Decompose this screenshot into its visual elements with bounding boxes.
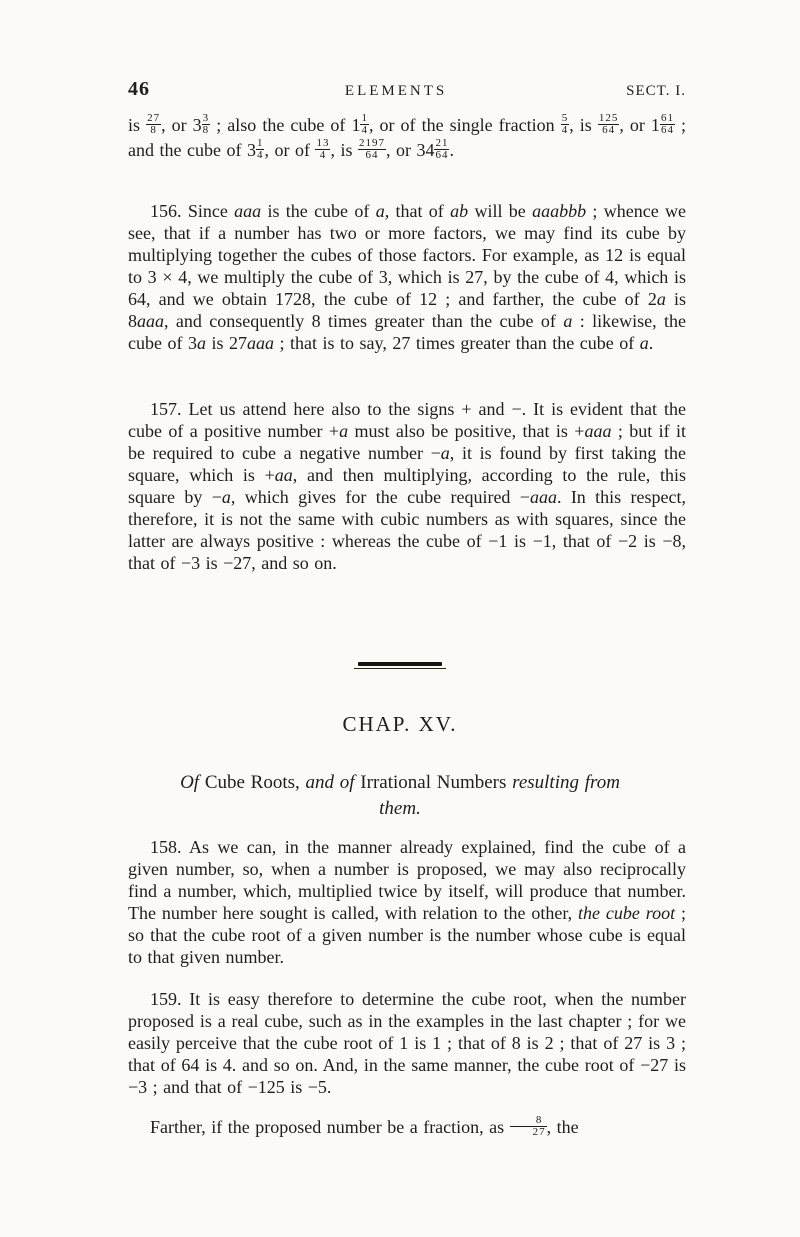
text-run: , that of [385, 201, 450, 221]
text-run: , or 1 [619, 115, 660, 135]
fraction: 38 [202, 113, 211, 137]
italic-text-run: aaabbb [532, 201, 586, 221]
text-run: is 27 [206, 333, 247, 353]
italic-text-run: a [376, 201, 385, 221]
section-divider [0, 662, 800, 669]
fraction: 827 [510, 1115, 547, 1139]
paragraph-160: Farther, if the proposed number be a fra… [128, 1116, 686, 1141]
page-header: 46 ELEMENTS SECT. I. [128, 78, 686, 101]
text-run: must also be positive, that is + [348, 421, 584, 441]
paragraph-159: 159. It is easy therefore to determine t… [128, 988, 686, 1098]
text-run: Farther, if the proposed number be a fra… [150, 1117, 510, 1137]
text-run: , and consequently 8 times greater than … [164, 311, 563, 331]
fraction: 2164 [434, 138, 449, 162]
italic-text-run: a [222, 487, 231, 507]
italic-text-run: resulting from [512, 772, 620, 793]
fraction: 134 [315, 138, 330, 162]
italic-text-run: a [640, 333, 649, 353]
text-run: Irrational Numbers [355, 772, 513, 793]
italic-text-run: a [657, 289, 666, 309]
fraction: 219764 [358, 138, 386, 162]
text-run: 159. It is easy therefore to determine t… [128, 989, 686, 1097]
fraction: 14 [256, 138, 265, 162]
italic-text-run: the cube root [578, 903, 675, 923]
text-run: . [449, 140, 454, 160]
section-label: SECT. I. [626, 83, 686, 100]
text-run: ; that is to say, 27 times greater than … [274, 333, 640, 353]
italic-text-run: ab [450, 201, 468, 221]
chapter-subtitle: Of Cube Roots, and of Irrational Numbers… [121, 770, 679, 822]
text-run: , the [547, 1117, 579, 1137]
text-run: , or of [264, 140, 315, 160]
fraction: 12564 [598, 113, 620, 137]
italic-text-run: and of [306, 772, 355, 793]
italic-text-run: a [339, 421, 348, 441]
text-run: , is [330, 140, 358, 160]
italic-text-run: them. [379, 798, 421, 819]
italic-text-run: a [197, 333, 206, 353]
fraction: 14 [360, 113, 369, 137]
book-page: 46 ELEMENTS SECT. I. is 278, or 338 ; al… [0, 0, 800, 1237]
text-run: will be [468, 201, 532, 221]
fraction: 54 [561, 113, 570, 137]
paragraph-155-continuation: is 278, or 338 ; also the cube of 114, o… [128, 114, 686, 164]
text-run: , which gives for the cube required − [231, 487, 530, 507]
text-run: ; also the cube of 1 [210, 115, 360, 135]
text-run: , is [569, 115, 598, 135]
italic-text-run: aaa [530, 487, 557, 507]
text-run: 156. Since [150, 201, 234, 221]
text-run: is the cube of [261, 201, 376, 221]
italic-text-run: aaa [137, 311, 164, 331]
italic-text-run: a [563, 311, 572, 331]
italic-text-run: aaa [234, 201, 261, 221]
fraction: 6164 [660, 113, 675, 137]
text-run: is [128, 115, 146, 135]
paragraph-157: 157. Let us attend here also to the sign… [128, 398, 686, 574]
divider-thin-rule [354, 668, 446, 669]
italic-text-run: aaa [247, 333, 274, 353]
running-title: ELEMENTS [345, 83, 447, 100]
paragraph-158: 158. As we can, in the manner already ex… [128, 836, 686, 968]
text-run: , or 34 [386, 140, 435, 160]
text-run: , or of the single fraction [369, 115, 561, 135]
italic-text-run: a [441, 443, 450, 463]
text-run: , or 3 [161, 115, 202, 135]
chapter-heading: CHAP. XV. [0, 712, 800, 737]
fraction: 278 [146, 113, 161, 137]
page-number: 46 [128, 78, 150, 101]
italic-text-run: Of [180, 772, 199, 793]
paragraph-156: 156. Since aaa is the cube of a, that of… [128, 200, 686, 354]
text-run: Cube Roots, [199, 772, 305, 793]
text-run: . [649, 333, 654, 353]
italic-text-run: aa [275, 465, 293, 485]
italic-text-run: aaa [584, 421, 611, 441]
divider-thick-rule [358, 662, 442, 666]
